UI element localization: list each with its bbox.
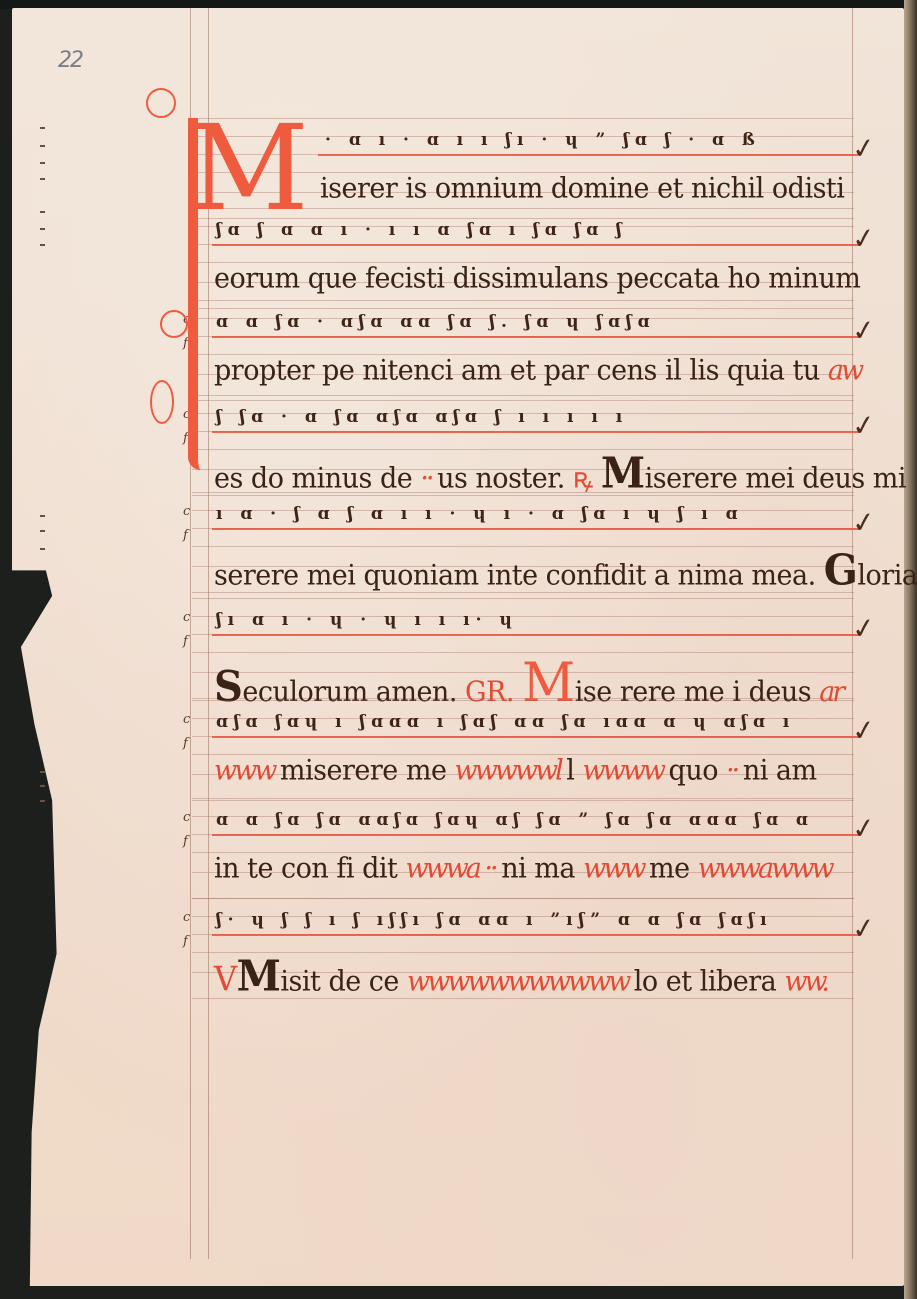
lyric-text: iserere mei deus mi [645, 462, 906, 495]
initial-letter: M [237, 952, 281, 1001]
lyric-text: ni ma [501, 852, 583, 885]
red-line-filler: www [214, 754, 280, 787]
ruled-line [192, 395, 854, 396]
lyric-text: eculorum amen. [242, 676, 465, 709]
red-line-filler: www [583, 852, 649, 885]
neume-row: ɑ ɑ ʃɑ · ɑʃɑ ɑɑ ʃɑ ʃ. ʃɑ ɥ ʃɑʃɑ [216, 312, 656, 332]
red-line-filler: aw [828, 354, 861, 387]
neume-row: ʃ ʃɑ · ɑ ʃɑ ɑʃɑ ɑʃɑ ʃ ı ı ı ı ı [216, 407, 628, 427]
neume-row: · ɑ ı · ɑ ı ı ʃı · ɥ ” ʃɑ ʃ · ɑ ß [325, 130, 761, 150]
lyric-text-line: propter pe nitenci am et par cens il lis… [214, 354, 861, 387]
rubric: GR. [465, 676, 522, 709]
neume-row: ɑʃɑ ʃɑɥ ı ʃɑɑɑ ı ʃɑʃ ɑɑ ʃɑ ıɑɑ ɑ ɥ ɑʃɑ ı [216, 712, 795, 732]
staff-red-f-line [212, 244, 860, 246]
initial-letter: S [214, 662, 242, 711]
lyric-text: lo et libera [634, 965, 785, 998]
neume-row: ı ɑ · ʃ ɑ ʃ ɑ ı ı · ɥ ı · ɑ ʃɑ ı ɥ ʃ ı ɑ [216, 504, 744, 524]
red-line-filler: ·· [420, 462, 437, 495]
flourish-curl-lower [150, 380, 174, 424]
c-clef: c [183, 712, 190, 727]
lyric-text-line: Seculorum amen. GR. Mise rere me i deus … [214, 652, 842, 715]
flourish-curl-top [146, 88, 176, 118]
lyric-text: serere mei quoniam inte confidit a nima … [214, 559, 824, 592]
lyric-text: in te con fi dit [214, 852, 405, 885]
f-clef: f [183, 934, 188, 949]
red-line-filler: wwwa [405, 852, 484, 885]
ruled-line [192, 400, 854, 401]
lyric-text-line: eorum que fecisti dissimulans peccata ho… [214, 262, 860, 295]
ruled-line [192, 492, 854, 493]
staff-red-f-line [212, 634, 860, 636]
lyric-text: me [649, 852, 698, 885]
custos-mark: ✓ [850, 313, 878, 349]
custos-mark: ✓ [850, 131, 878, 167]
folio-number: 22 [58, 48, 82, 73]
lyric-text-line: in te con fi dit wwwa ·· ni ma www me ww… [214, 852, 831, 885]
lyric-text: iserer is omnium domine et nichil odisti [320, 172, 844, 205]
decorated-initial-m: M [188, 118, 318, 218]
red-line-filler: ww. [784, 965, 827, 998]
c-clef: c [183, 910, 190, 925]
ruled-line [192, 300, 854, 301]
f-clef: f [183, 528, 188, 543]
ruled-line [192, 308, 854, 309]
lyric-text-line: serere mei quoniam inte confidit a nima … [214, 546, 917, 595]
lyric-text: l [566, 754, 582, 787]
lyric-text-line: es do minus de ·· us noster. ꝶ Miserere … [214, 449, 906, 498]
custos-mark: ✓ [850, 911, 878, 947]
c-clef: c [183, 610, 190, 625]
f-clef: f [183, 736, 188, 751]
red-line-filler: ·· [726, 754, 743, 787]
ruled-line [192, 898, 854, 899]
ruled-line [192, 798, 854, 799]
custos-mark: ✓ [850, 505, 878, 541]
lyric-text: isit de ce [280, 965, 407, 998]
f-clef: f [183, 634, 188, 649]
dark-background-top [0, 0, 917, 9]
book-binding-edge [904, 0, 917, 1299]
red-line-filler: ·· [484, 852, 501, 885]
initial-letter: M [522, 652, 575, 715]
lyric-text: us noster. [437, 462, 573, 495]
lyric-text: ni am [743, 754, 817, 787]
lyric-text: eorum que fecisti dissimulans peccata ho… [214, 262, 860, 295]
staff-red-f-line [212, 336, 860, 338]
ruled-line [192, 598, 854, 599]
red-line-filler: wwww [583, 754, 669, 787]
red-line-filler: wwwwwl [455, 754, 567, 787]
lyric-text-line: iserer is omnium domine et nichil odisti [320, 172, 844, 205]
red-line-filler: wwwwwwwwwww [407, 965, 634, 998]
lyric-text: ise rere me i deus [575, 676, 819, 709]
red-line-filler: ar [819, 676, 842, 709]
staff-red-f-line [212, 834, 860, 836]
initial-letter: M [601, 449, 645, 498]
custos-mark: ✓ [850, 713, 878, 749]
lyric-text-line: www miserere me wwwwwl l wwww quo ·· ni … [214, 754, 817, 787]
lyric-text-line: VMisit de ce wwwwwwwwwww lo et libera ww… [214, 952, 827, 1001]
staff-red-f-line [212, 528, 860, 530]
staff-red-f-line [212, 736, 860, 738]
neume-row: ʃ· ɥ ʃ ʃ ı ʃ ıʃʃı ʃɑ ɑɑ ı ”ıʃ” ɑ ɑ ʃɑ ʃɑ… [216, 910, 773, 930]
c-clef: c [183, 810, 190, 825]
lyric-text: propter pe nitenci am et par cens il lis… [214, 354, 828, 387]
lyric-text: quo [669, 754, 727, 787]
custos-mark: ✓ [850, 611, 878, 647]
lyric-text: es do minus de [214, 462, 420, 495]
neume-row: ɑ ɑ ʃɑ ʃɑ ɑɑʃɑ ʃɑɥ ɑʃ ʃɑ ” ʃɑ ʃɑ ɑɑɑ ʃɑ … [216, 810, 814, 830]
red-line-filler: wwwawww [698, 852, 832, 885]
staff-red-f-line [212, 934, 860, 936]
rubric: ꝶ [573, 462, 601, 495]
flourish-curl-middle [160, 310, 188, 338]
staff-red-f-line [212, 431, 860, 433]
f-clef: f [183, 834, 188, 849]
ruled-line [192, 800, 854, 801]
lyric-text: miserere me [280, 754, 455, 787]
custos-mark: ✓ [850, 221, 878, 257]
custos-mark: ✓ [850, 408, 878, 444]
initial-letter: V [214, 959, 237, 999]
c-clef: c [183, 504, 190, 519]
initial-letter: G [824, 546, 858, 595]
custos-mark: ✓ [850, 811, 878, 847]
lyric-text: loria. [857, 559, 917, 592]
staff-red-f-line [318, 154, 858, 156]
ruled-line [192, 700, 854, 701]
neume-row: ʃı ɑ ı · ɥ · ɥ ı ı ı· ɥ [216, 610, 518, 630]
